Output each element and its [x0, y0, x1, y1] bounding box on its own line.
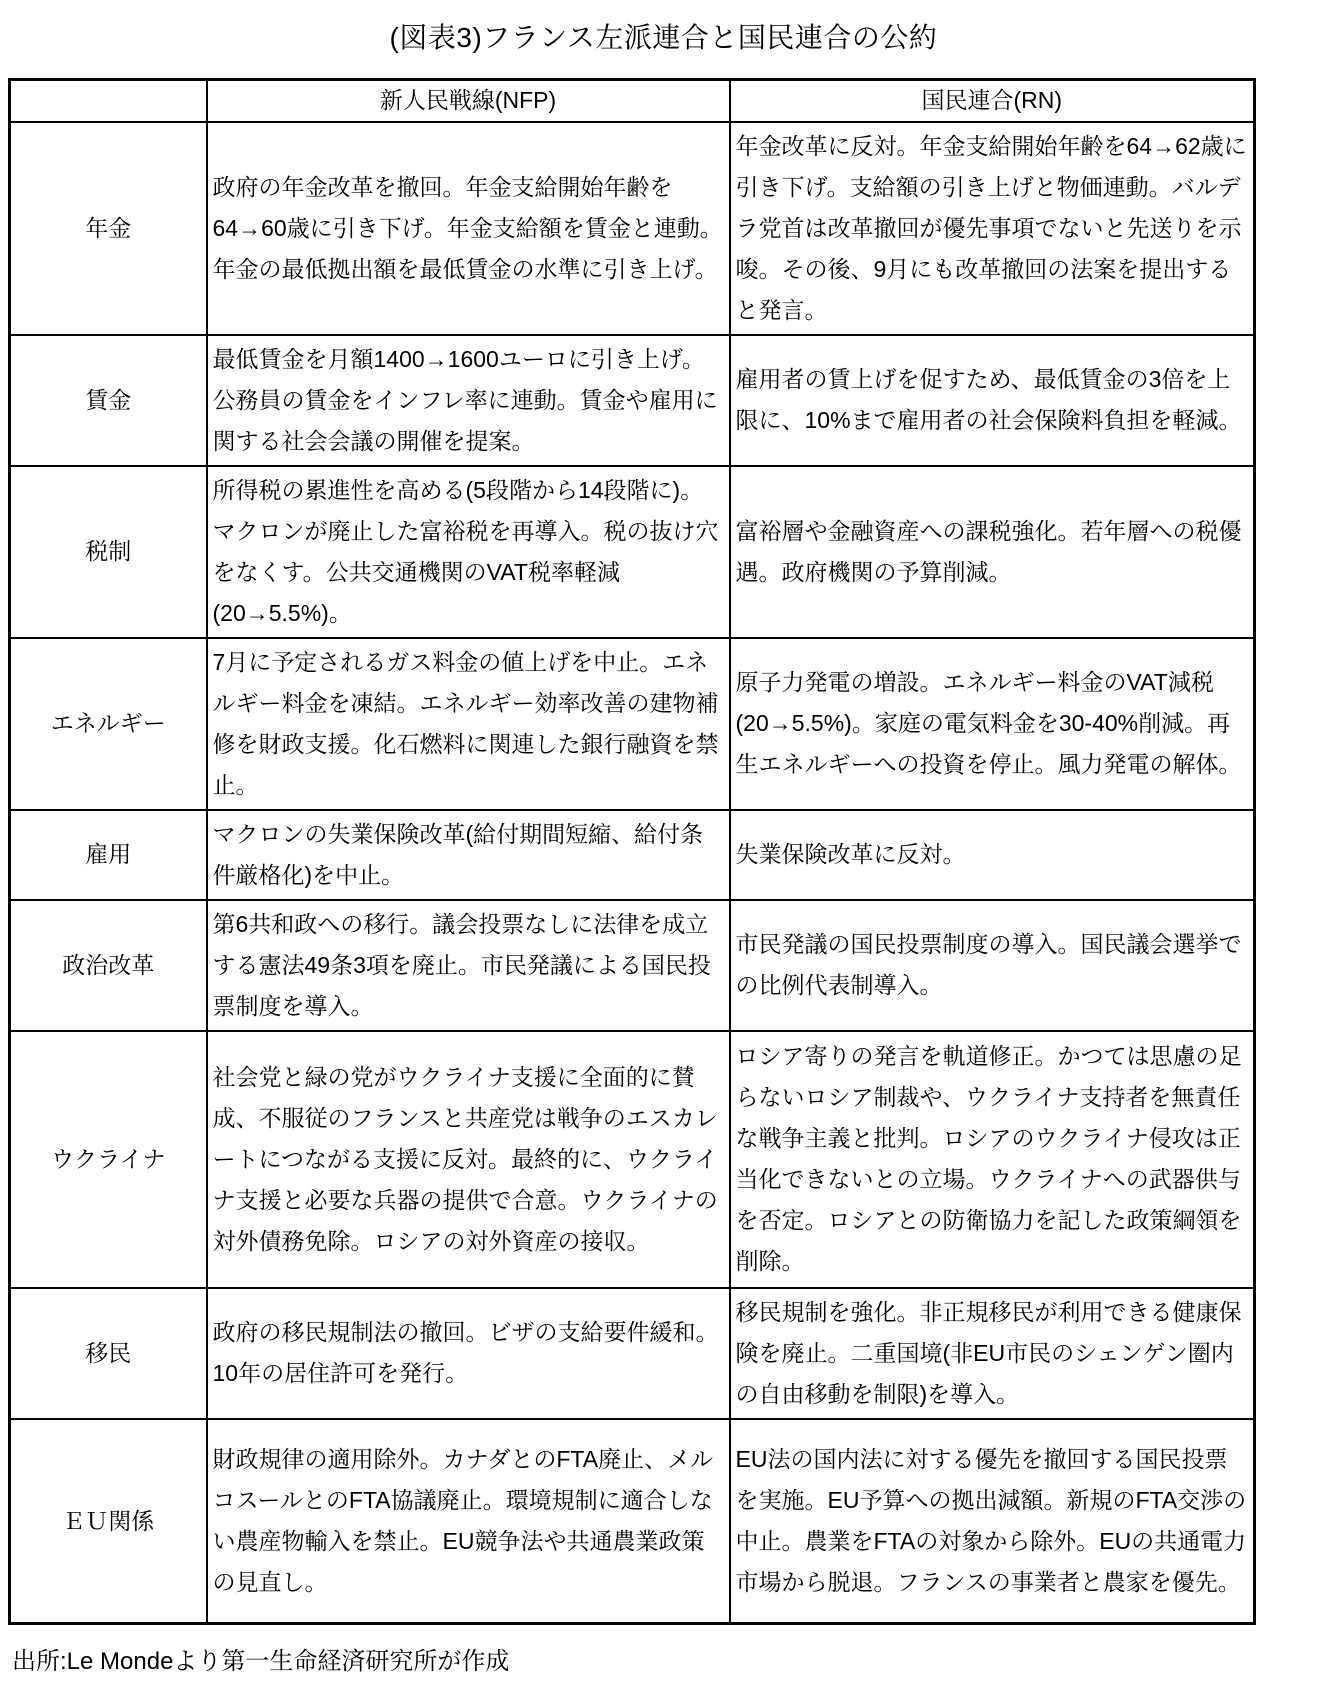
table-row-eu-relations: ＥＵ関係 財政規律の適用除外。カナダとのFTA廃止、メルコスールとのFTA協議廃… — [10, 1419, 1255, 1624]
rn-column-header: 国民連合(RN) — [730, 80, 1255, 122]
table-row-energy: エネルギー 7月に予定されるガス料金の値上げを中止。エネルギー料金を凍結。エネル… — [10, 638, 1255, 810]
row-label: 雇用 — [10, 810, 207, 900]
rn-cell: 富裕層や金融資産への課税強化。若年層への税優遇。政府機関の予算削減。 — [730, 466, 1255, 638]
rn-cell: EU法の国内法に対する優先を撤回する国民投票を実施。EU予算への拠出減額。新規の… — [730, 1419, 1255, 1624]
nfp-cell: 7月に予定されるガス料金の値上げを中止。エネルギー料金を凍結。エネルギー効率改善… — [207, 638, 730, 810]
rn-cell: ロシア寄りの発言を軌道修正。かつては思慮の足らないロシア制裁や、ウクライナ支持者… — [730, 1031, 1255, 1288]
nfp-cell: 政府の年金改革を撤回。年金支給開始年齢を64→60歳に引き下げ。年金支給額を賃金… — [207, 122, 730, 335]
nfp-column-header: 新人民戦線(NFP) — [207, 80, 730, 122]
nfp-cell: 社会党と緑の党がウクライナ支援に全面的に賛成、不服従のフランスと共産党は戦争のエ… — [207, 1031, 730, 1288]
table-row-immigration: 移民 政府の移民規制法の撤回。ビザの支給要件緩和。10年の居住許可を発行。 移民… — [10, 1288, 1255, 1419]
nfp-cell: 第6共和政への移行。議会投票なしに法律を成立する憲法49条3項を廃止。市民発議に… — [207, 900, 730, 1031]
row-label: ウクライナ — [10, 1031, 207, 1288]
table-row-employment: 雇用 マクロンの失業保険改革(給付期間短縮、給付条件厳格化)を中止。 失業保険改… — [10, 810, 1255, 900]
source-note: 出所:Le Mondeより第一生命経済研究所が作成 — [8, 1641, 1319, 1676]
rn-cell: 失業保険改革に反対。 — [730, 810, 1255, 900]
rn-cell: 原子力発電の増設。エネルギー料金のVAT減税(20→5.5%)。家庭の電気料金を… — [730, 638, 1255, 810]
table-row-wages: 賃金 最低賃金を月額1400→1600ユーロに引き上げ。公務員の賃金をインフレ率… — [10, 335, 1255, 466]
nfp-cell: 政府の移民規制法の撤回。ビザの支給要件緩和。10年の居住許可を発行。 — [207, 1288, 730, 1419]
row-label: エネルギー — [10, 638, 207, 810]
row-label: 年金 — [10, 122, 207, 335]
rn-cell: 雇用者の賃上げを促すため、最低賃金の3倍を上限に、10%まで雇用者の社会保険料負… — [730, 335, 1255, 466]
table-row-political-reform: 政治改革 第6共和政への移行。議会投票なしに法律を成立する憲法49条3項を廃止。… — [10, 900, 1255, 1031]
table-row-ukraine: ウクライナ 社会党と緑の党がウクライナ支援に全面的に賛成、不服従のフランスと共産… — [10, 1031, 1255, 1288]
nfp-cell: マクロンの失業保険改革(給付期間短縮、給付条件厳格化)を中止。 — [207, 810, 730, 900]
row-label: ＥＵ関係 — [10, 1419, 207, 1624]
rn-cell: 市民発議の国民投票制度の導入。国民議会選挙での比例代表制導入。 — [730, 900, 1255, 1031]
header-row: 新人民戦線(NFP) 国民連合(RN) — [10, 80, 1255, 122]
rn-cell: 年金改革に反対。年金支給開始年齢を64→62歳に引き下げ。支給額の引き上げと物価… — [730, 122, 1255, 335]
corner-cell — [10, 80, 207, 122]
row-label: 賃金 — [10, 335, 207, 466]
nfp-cell: 所得税の累進性を高める(5段階から14段階に)。マクロンが廃止した富裕税を再導入… — [207, 466, 730, 638]
nfp-cell: 最低賃金を月額1400→1600ユーロに引き上げ。公務員の賃金をインフレ率に連動… — [207, 335, 730, 466]
pledges-table: 新人民戦線(NFP) 国民連合(RN) 年金 政府の年金改革を撤回。年金支給開始… — [8, 78, 1256, 1625]
row-label: 税制 — [10, 466, 207, 638]
page: (図表3)フランス左派連合と国民連合の公約 新人民戦線(NFP) 国民連合(RN… — [0, 0, 1327, 1682]
row-label: 政治改革 — [10, 900, 207, 1031]
table-row-tax: 税制 所得税の累進性を高める(5段階から14段階に)。マクロンが廃止した富裕税を… — [10, 466, 1255, 638]
table-row-pension: 年金 政府の年金改革を撤回。年金支給開始年齢を64→60歳に引き下げ。年金支給額… — [10, 122, 1255, 335]
page-title: (図表3)フランス左派連合と国民連合の公約 — [8, 16, 1319, 56]
nfp-cell: 財政規律の適用除外。カナダとのFTA廃止、メルコスールとのFTA協議廃止。環境規… — [207, 1419, 730, 1624]
row-label: 移民 — [10, 1288, 207, 1419]
rn-cell: 移民規制を強化。非正規移民が利用できる健康保険を廃止。二重国境(非EU市民のシェ… — [730, 1288, 1255, 1419]
